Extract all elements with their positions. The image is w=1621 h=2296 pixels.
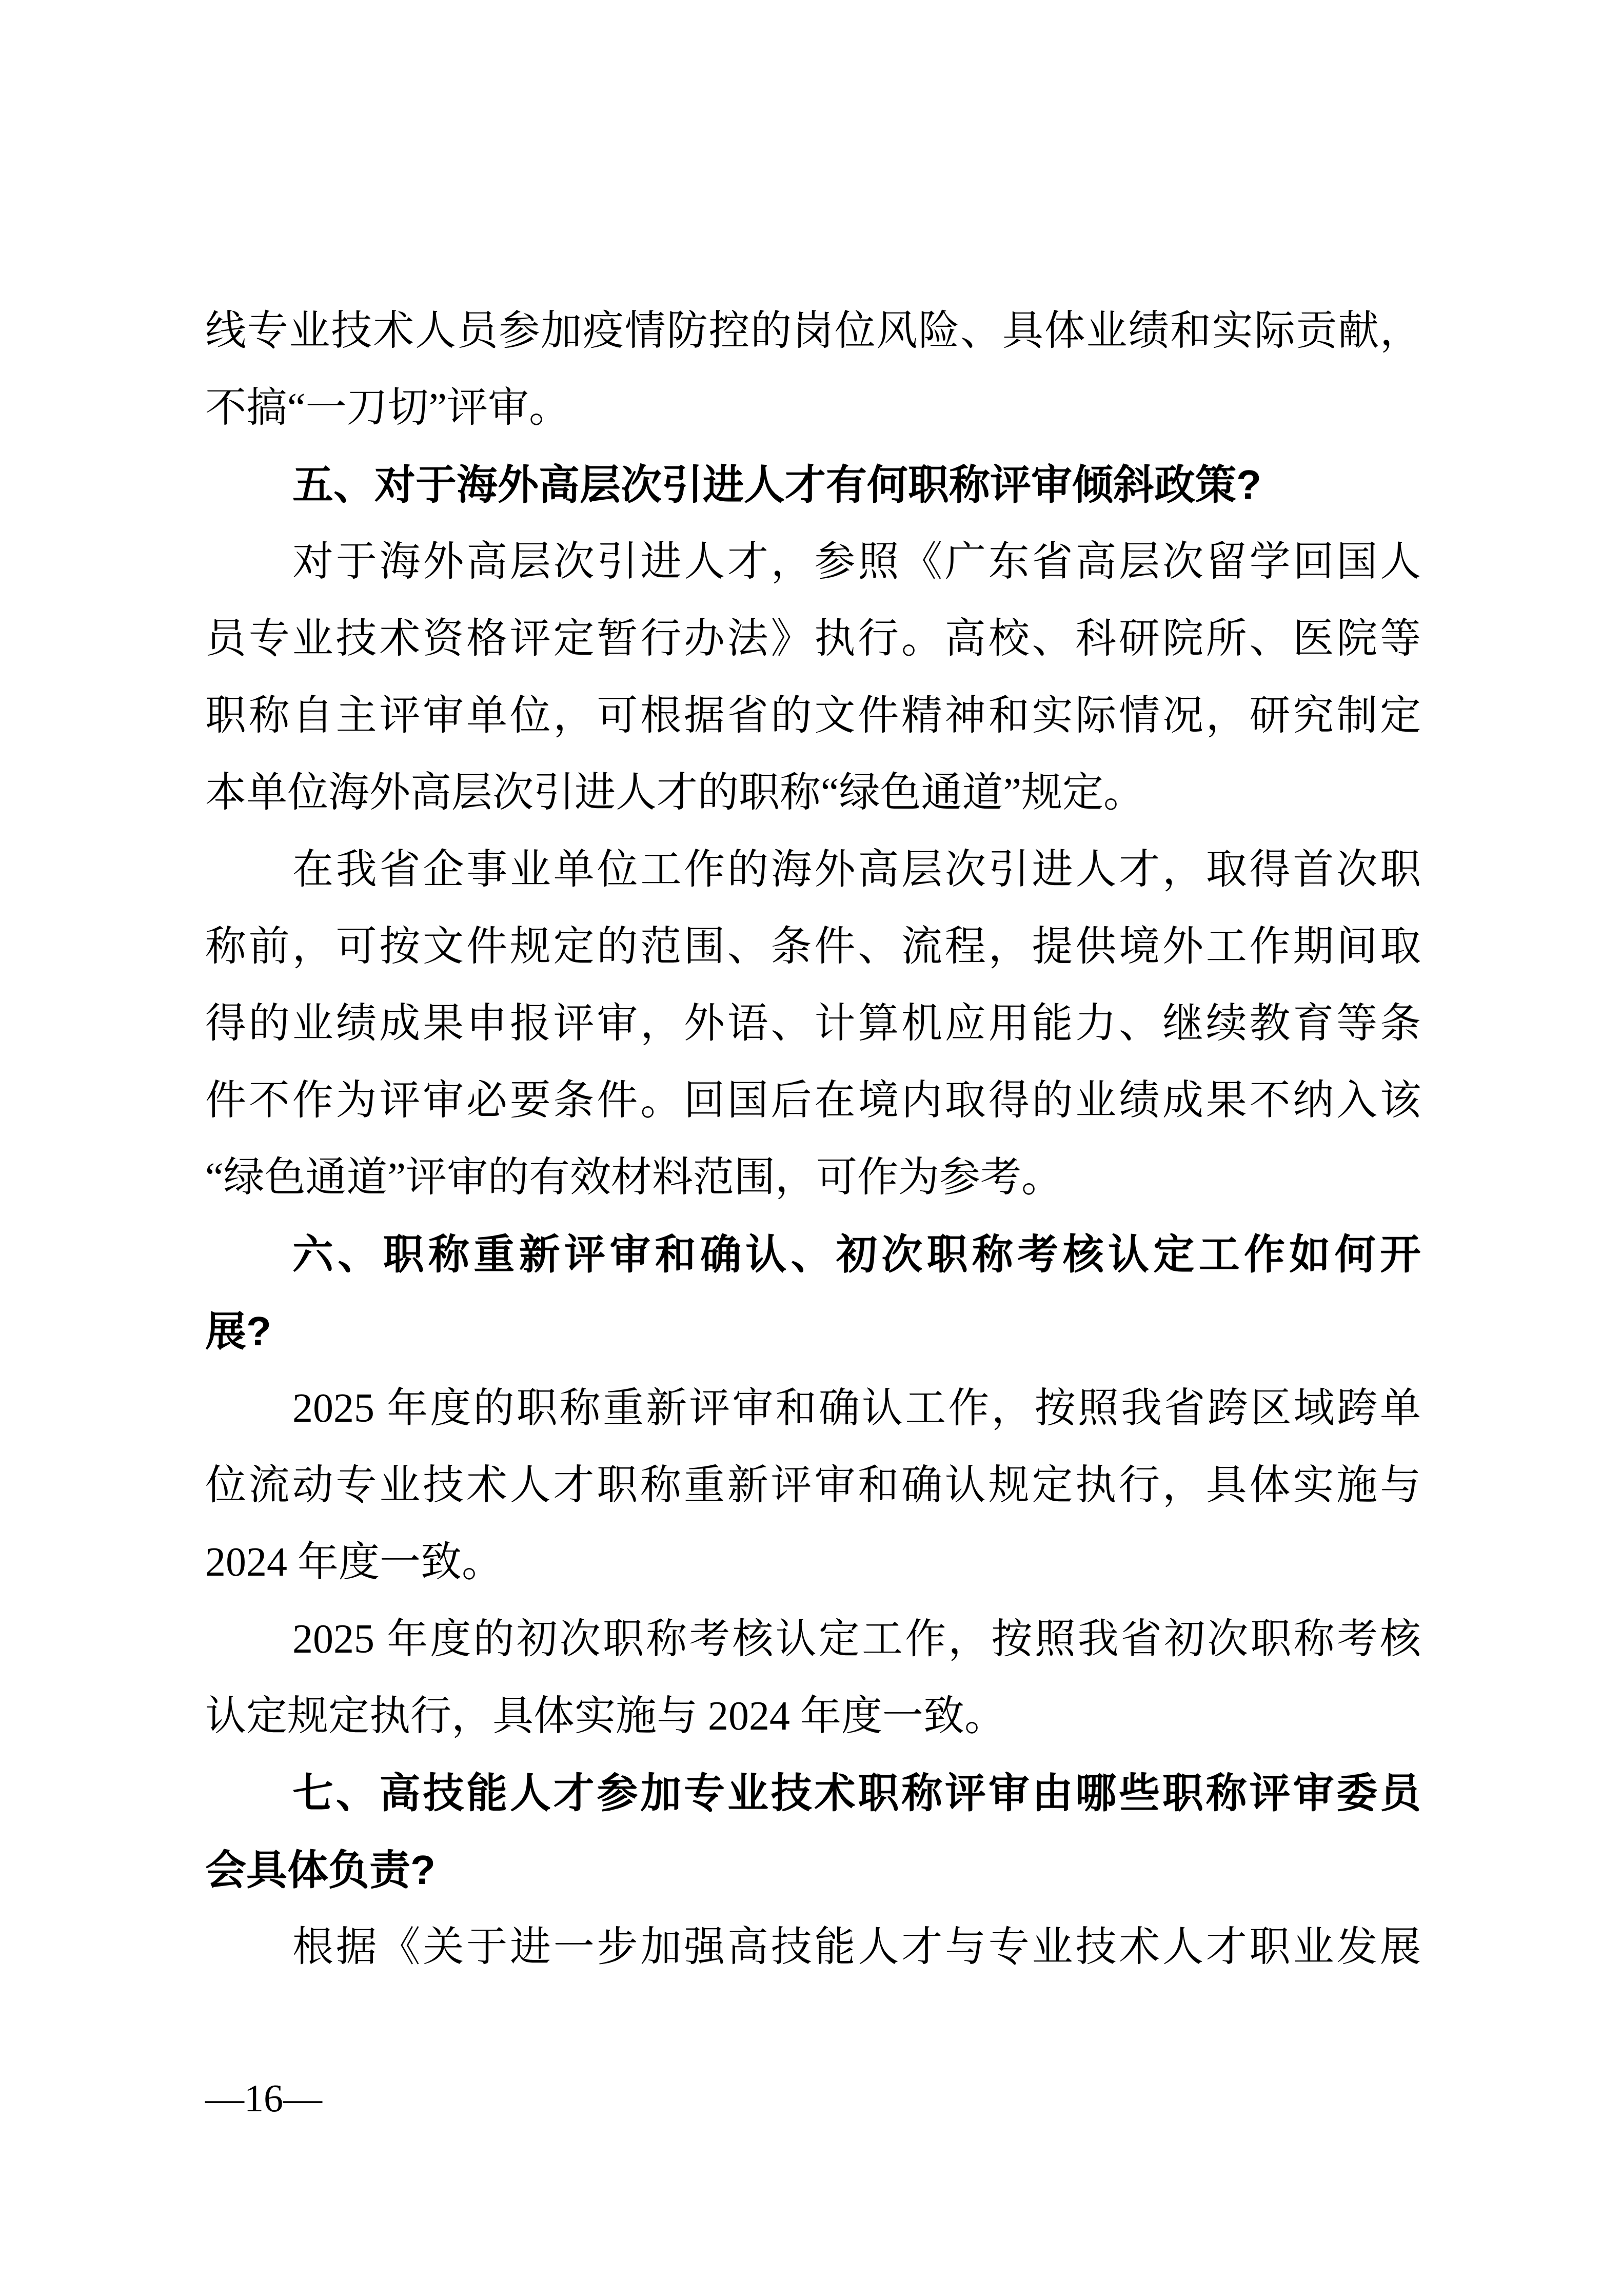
page-number: —16— xyxy=(205,2073,322,2124)
body-line: 员专业技术资格评定暂行办法》执行。高校、科研院所、医院等 xyxy=(205,600,1421,677)
body-line: 职称自主评审单位，可根据省的文件精神和实际情况，研究制定 xyxy=(205,677,1421,754)
body-line: 件不作为评审必要条件。回国后在境内取得的业绩成果不纳入该 xyxy=(205,1062,1421,1139)
heading-line: 展? xyxy=(205,1293,1421,1370)
body-line: 2024 年度一致。 xyxy=(205,1524,1421,1601)
heading-line: 六、职称重新评审和确认、初次职称考核认定工作如何开 xyxy=(205,1216,1421,1293)
body-line: 不搞“一刀切”评审。 xyxy=(205,369,1421,446)
body-line: 对于海外高层次引进人才，参照《广东省高层次留学回国人 xyxy=(205,523,1421,600)
body-line: 位流动专业技术人才职称重新评审和确认规定执行，具体实施与 xyxy=(205,1447,1421,1524)
document-page: 线专业技术人员参加疫情防控的岗位风险、具体业绩和实际贡献，不搞“一刀切”评审。五… xyxy=(0,0,1621,2296)
body-line: 得的业绩成果申报评审，外语、计算机应用能力、继续教育等条 xyxy=(205,985,1421,1062)
body-line: 线专业技术人员参加疫情防控的岗位风险、具体业绩和实际贡献， xyxy=(205,292,1421,369)
body-line: 在我省企事业单位工作的海外高层次引进人才，取得首次职 xyxy=(205,831,1421,908)
body-line: 认定规定执行，具体实施与 2024 年度一致。 xyxy=(205,1678,1421,1755)
text-block: 线专业技术人员参加疫情防控的岗位风险、具体业绩和实际贡献，不搞“一刀切”评审。五… xyxy=(205,292,1421,1986)
heading-line: 五、对于海外高层次引进人才有何职称评审倾斜政策? xyxy=(205,446,1421,523)
body-line: 称前，可按文件规定的范围、条件、流程，提供境外工作期间取 xyxy=(205,908,1421,985)
body-line: “绿色通道”评审的有效材料范围，可作为参考。 xyxy=(205,1139,1421,1216)
body-line: 根据《关于进一步加强高技能人才与专业技术人才职业发展 xyxy=(205,1909,1421,1986)
body-line: 本单位海外高层次引进人才的职称“绿色通道”规定。 xyxy=(205,754,1421,831)
heading-line: 七、高技能人才参加专业技术职称评审由哪些职称评审委员 xyxy=(205,1755,1421,1832)
body-line: 2025 年度的职称重新评审和确认工作，按照我省跨区域跨单 xyxy=(205,1370,1421,1447)
body-line: 2025 年度的初次职称考核认定工作，按照我省初次职称考核 xyxy=(205,1601,1421,1678)
heading-line: 会具体负责? xyxy=(205,1832,1421,1909)
